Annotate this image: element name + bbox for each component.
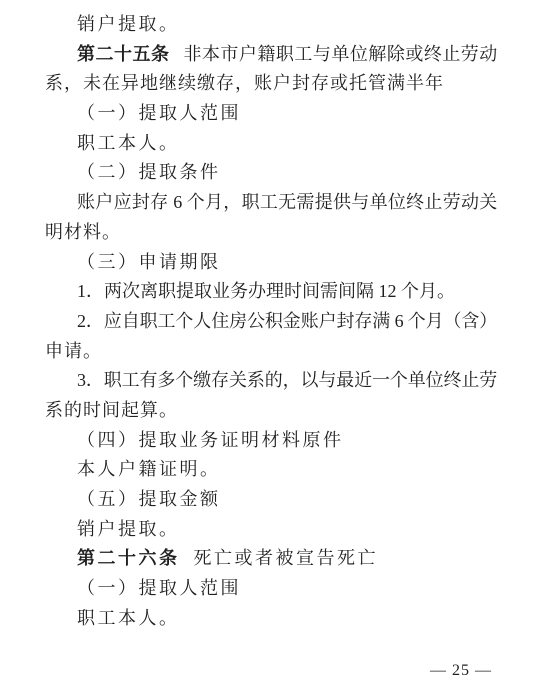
doc-line: 职工本人。 [45, 129, 497, 159]
line-text: 申请。 [45, 341, 102, 361]
document-page: 销户提取。 第二十五条非本市户籍职工与单位解除或终止劳动关 系，未在异地继续缴存… [0, 0, 541, 692]
line-text: 本人户籍证明。 [77, 459, 221, 479]
doc-line: 销户提取。 [45, 10, 497, 40]
doc-line: 系的时间起算。 [45, 396, 497, 426]
line-text: 1．两次离职提取业务办理时间需间隔 12 个月。 [77, 281, 455, 301]
doc-line-numbered: 1．两次离职提取业务办理时间需间隔 12 个月。 [45, 277, 497, 307]
line-text: 职工本人。 [77, 133, 180, 153]
article-number: 第二十六条 [77, 548, 180, 568]
doc-line: （四）提取业务证明材料原件 [45, 426, 497, 456]
line-text: （一）提取人范围 [77, 578, 241, 598]
doc-line: （一）提取人范围 [45, 99, 497, 129]
line-text: 死亡或者被宣告死亡 [194, 548, 379, 568]
doc-line-numbered: 2．应自职工个人住房公积金账户封存满 6 个月（含）之后 [45, 307, 497, 337]
doc-line-numbered: 3．职工有多个缴存关系的，以与最近一个单位终止劳动关 [45, 366, 497, 396]
doc-line: （五）提取金额 [45, 485, 497, 515]
line-text: 系的时间起算。 [45, 400, 178, 420]
line-text: 职工本人。 [77, 608, 180, 628]
line-text: 2．应自职工个人住房公积金账户封存满 6 个月（含）之后 [77, 311, 497, 337]
doc-line: 账户应封存 6 个月，职工无需提供与单位终止劳动关系证 [45, 188, 497, 218]
line-text: （二）提取条件 [77, 162, 221, 182]
doc-line: 明材料。 [45, 218, 497, 248]
article-number: 第二十五条 [77, 44, 169, 64]
article-heading-line: 第二十六条死亡或者被宣告死亡 [45, 544, 497, 574]
line-text: 账户应封存 6 个月，职工无需提供与单位终止劳动关系证 [77, 192, 497, 218]
article-heading-line: 第二十五条非本市户籍职工与单位解除或终止劳动关 [45, 40, 497, 70]
line-text: （四）提取业务证明材料原件 [77, 430, 344, 450]
line-text: （五）提取金额 [77, 489, 221, 509]
line-text: 销户提取。 [77, 519, 180, 539]
line-text: 3．职工有多个缴存关系的，以与最近一个单位终止劳动关 [77, 370, 497, 396]
line-text: 系，未在异地继续缴存，账户封存或托管满半年 [45, 73, 444, 93]
doc-line: 职工本人。 [45, 604, 497, 634]
line-text: （三）申请期限 [77, 252, 221, 272]
line-text: 明材料。 [45, 222, 121, 242]
doc-line: 销户提取。 [45, 515, 497, 545]
doc-line: （三）申请期限 [45, 248, 497, 278]
doc-line: 本人户籍证明。 [45, 455, 497, 485]
page-number: — 25 — [430, 662, 492, 680]
doc-line: （二）提取条件 [45, 158, 497, 188]
doc-line: 申请。 [45, 337, 497, 367]
doc-line: （一）提取人范围 [45, 574, 497, 604]
line-text: 销户提取。 [77, 14, 180, 34]
document-text: 销户提取。 第二十五条非本市户籍职工与单位解除或终止劳动关 系，未在异地继续缴存… [45, 10, 497, 633]
doc-line: 系，未在异地继续缴存，账户封存或托管满半年 [45, 69, 497, 99]
line-text: （一）提取人范围 [77, 103, 241, 123]
